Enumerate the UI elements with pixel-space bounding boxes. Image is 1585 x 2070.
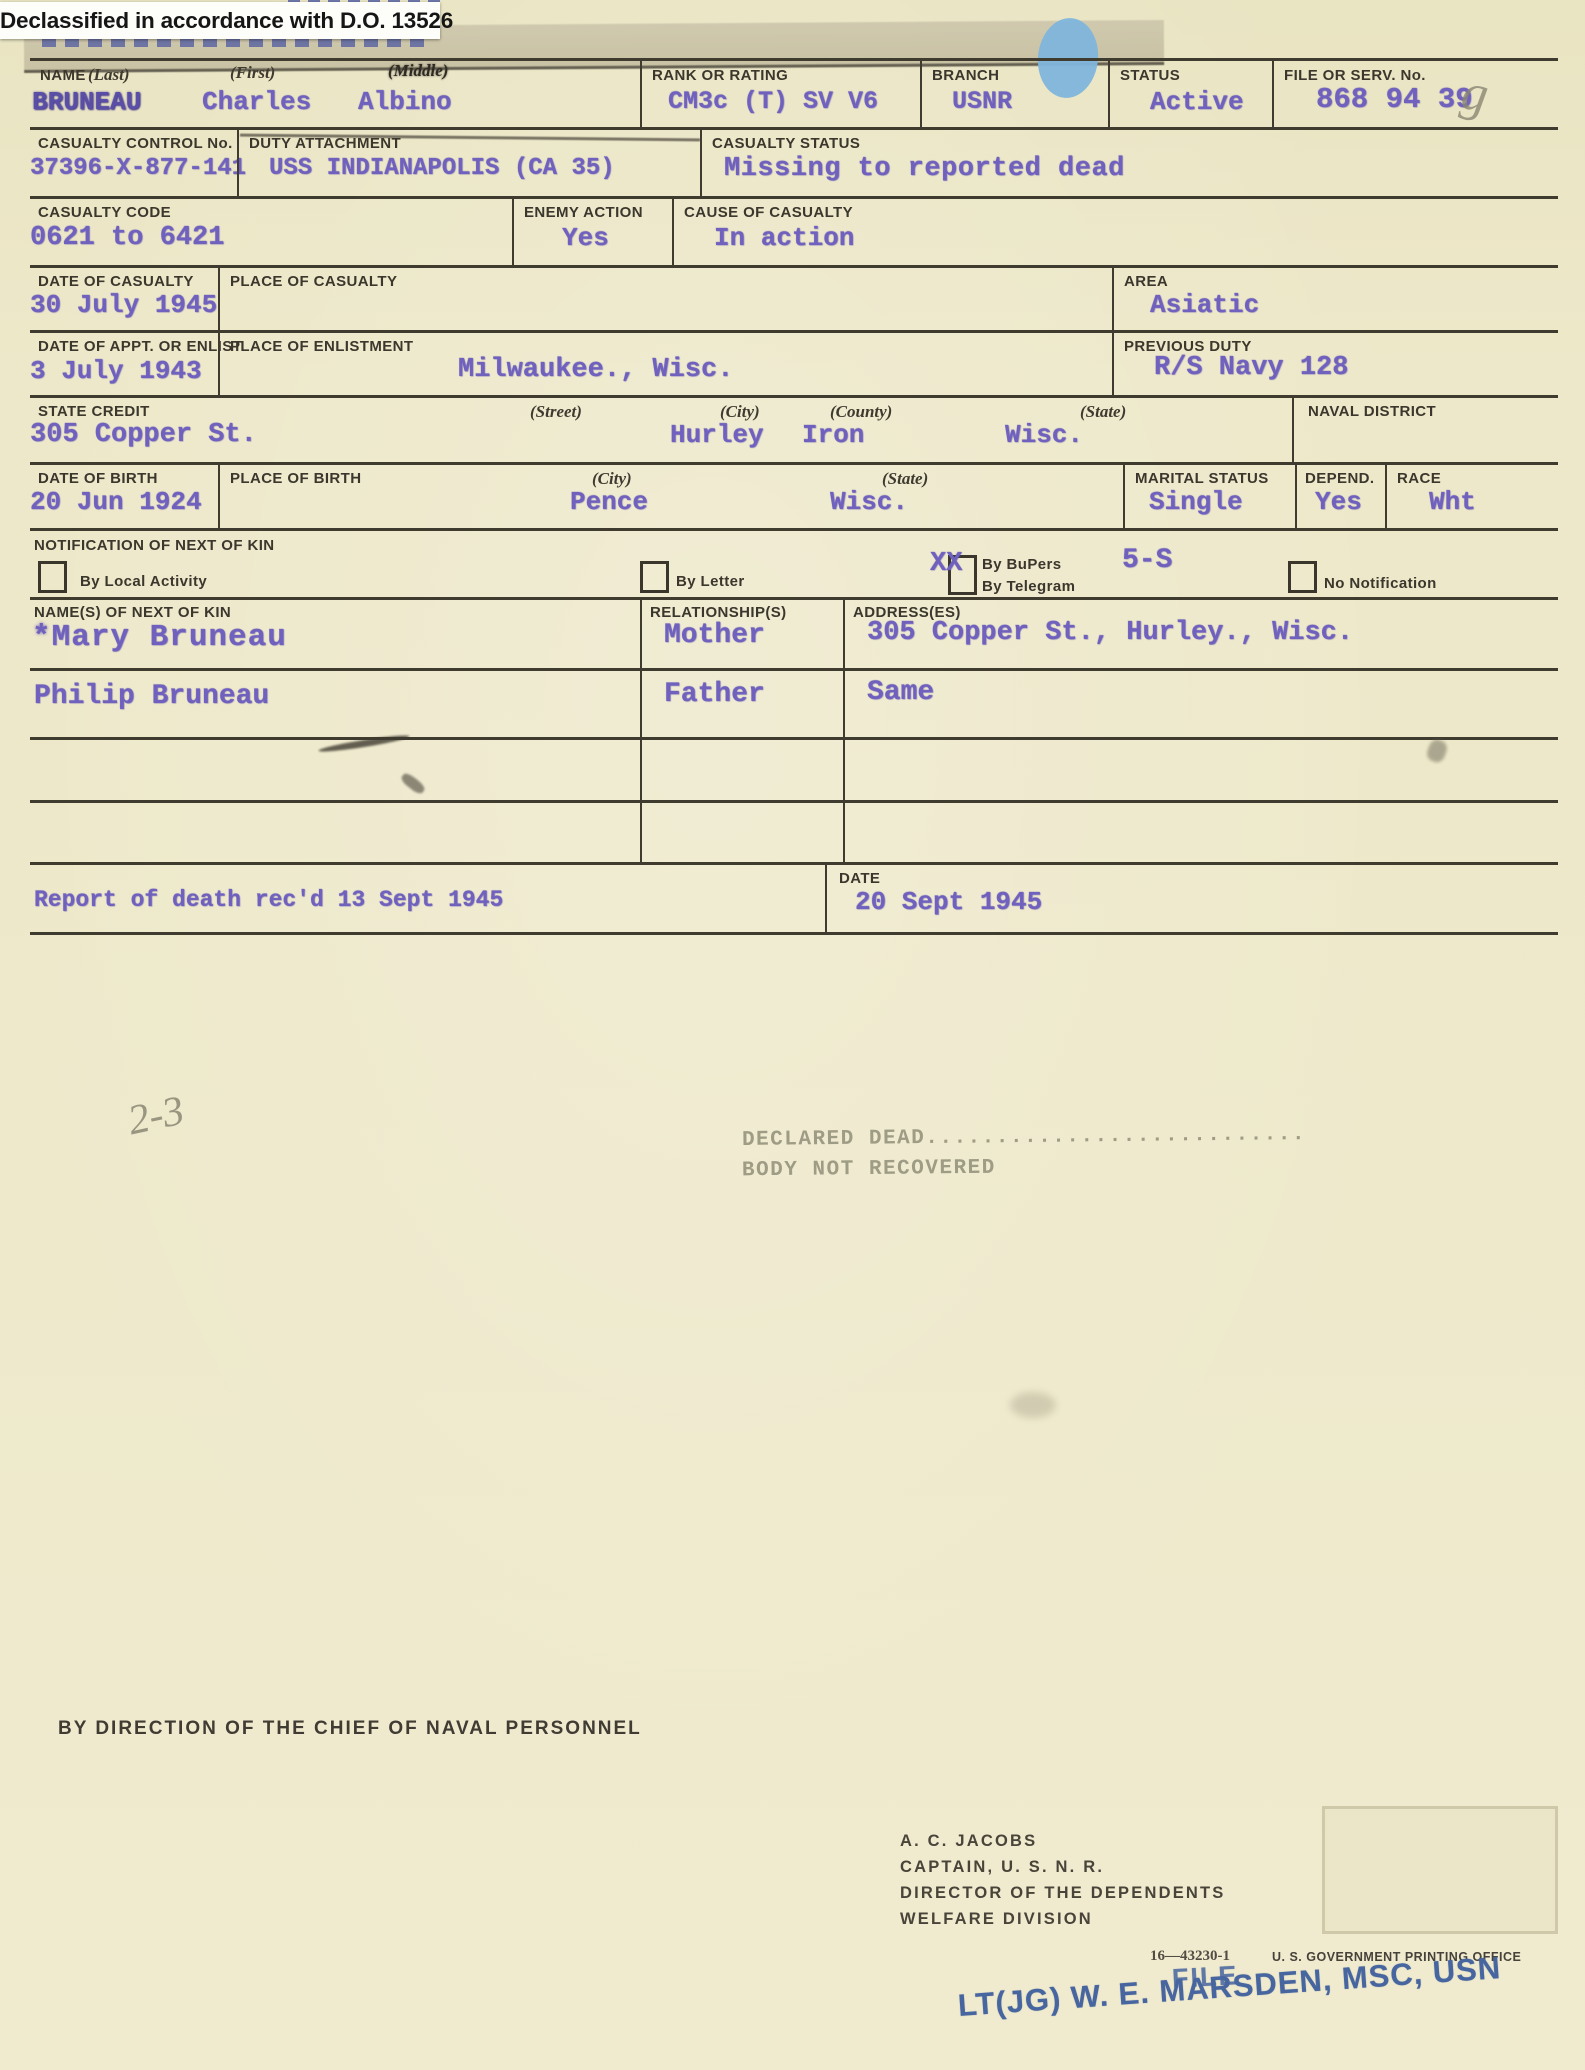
nok-name-header: NAME(S) OF NEXT OF KIN <box>34 604 231 621</box>
faint-stamp-box <box>1322 1806 1558 1934</box>
row-name: NAME (Last) (First) (Middle) BRUNEAU Cha… <box>30 58 1558 127</box>
nok-name-cell <box>30 803 640 862</box>
county-label: (County) <box>830 402 892 422</box>
field-enemy-action: ENEMY ACTION Yes <box>512 199 672 265</box>
birth-state-value: Wisc. <box>830 487 908 517</box>
report-cell: Report of death rec'd 13 Sept 1945 <box>30 865 825 932</box>
race-value: Wht <box>1429 487 1476 517</box>
field-casualty-status: CASUALTY STATUS Missing to reported dead <box>700 130 1558 196</box>
signature-block: A. C. JACOBS CAPTAIN, U. S. N. R. DIRECT… <box>900 1828 1226 1932</box>
name-middle-label: (Middle) <box>388 61 448 81</box>
enemy-action-value: Yes <box>562 223 609 253</box>
nok-name-2: Philip Bruneau <box>34 681 269 712</box>
field-rank: RANK OR RATING CM3c (T) SV V6 <box>640 61 920 127</box>
nok-address-cell: Same <box>843 671 1558 737</box>
by-direction-text: BY DIRECTION OF THE CHIEF OF NAVAL PERSO… <box>58 1718 642 1740</box>
row-nok-1: NAME(S) OF NEXT OF KIN *Mary Bruneau REL… <box>30 597 1558 668</box>
row-nok-3 <box>30 737 1558 800</box>
naval-district-label: NAVAL DISTRICT <box>1308 403 1436 420</box>
by-bupers-label: By BuPers <box>982 556 1061 573</box>
branch-label: BRANCH <box>932 67 999 84</box>
name-label: NAME <box>40 67 86 84</box>
field-depend: DEPEND. Yes <box>1295 465 1385 528</box>
row-notification: NOTIFICATION OF NEXT OF KIN By Local Act… <box>30 528 1558 597</box>
duty-attachment-value: USS INDIANAPOLIS (CA 35) <box>269 155 615 182</box>
field-state-credit: STATE CREDIT 305 Copper St. (Street) (Ci… <box>30 398 1292 462</box>
marital-label: MARITAL STATUS <box>1135 470 1269 487</box>
signature-name: A. C. JACOBS <box>900 1828 1226 1854</box>
nok-relationship-cell: RELATIONSHIP(S) Mother <box>640 600 843 668</box>
field-date-birth: DATE OF BIRTH 20 Jun 1924 <box>30 465 218 528</box>
row-state-credit: STATE CREDIT 305 Copper St. (Street) (Ci… <box>30 395 1558 462</box>
notification-annotation: 5-S <box>1122 545 1172 576</box>
state-value: Wisc. <box>1005 420 1083 450</box>
place-enlist-label: PLACE OF ENLISTMENT <box>230 338 413 355</box>
nok-relationship-1: Mother <box>664 620 765 651</box>
nok-name-cell: Philip Bruneau <box>30 671 640 737</box>
by-telegram-label: By Telegram <box>982 578 1075 595</box>
birth-city-value: Pence <box>570 487 648 517</box>
casualty-status-label: CASUALTY STATUS <box>712 135 860 152</box>
duty-attachment-label: DUTY ATTACHMENT <box>249 135 401 152</box>
place-birth-label: PLACE OF BIRTH <box>230 470 361 487</box>
status-label: STATUS <box>1120 67 1180 84</box>
file-no-value: 868 94 39 <box>1316 83 1473 116</box>
city-value: Hurley <box>670 420 764 450</box>
by-local-activity-label: By Local Activity <box>80 573 207 590</box>
casualty-control-value: 37396-X-877-141 <box>30 155 246 182</box>
depend-label: DEPEND. <box>1305 470 1374 487</box>
nok-address-cell: ADDRESS(ES) 305 Copper St., Hurley., Wis… <box>843 600 1558 668</box>
field-file-no: FILE OR SERV. No. 868 94 39 <box>1272 61 1558 127</box>
report-date-cell: DATE 20 Sept 1945 <box>825 865 1558 932</box>
by-letter-label: By Letter <box>676 573 745 590</box>
field-naval-district: NAVAL DISTRICT <box>1292 398 1558 462</box>
field-place-enlist: PLACE OF ENLISTMENT Milwaukee., Wisc. <box>218 333 1112 395</box>
county-value: Iron <box>802 420 864 450</box>
casualty-code-label: CASUALTY CODE <box>38 204 171 221</box>
nok-relationship-2: Father <box>664 679 765 710</box>
cause-label: CAUSE OF CASUALTY <box>684 204 853 221</box>
row-casualty-code: CASUALTY CODE 0621 to 6421 ENEMY ACTION … <box>30 196 1558 265</box>
field-duty-attachment: DUTY ATTACHMENT USS INDIANAPOLIS (CA 35) <box>237 130 700 196</box>
street-label: (Street) <box>530 402 582 422</box>
field-race: RACE Wht <box>1385 465 1558 528</box>
field-place-casualty: PLACE OF CASUALTY <box>218 268 1112 330</box>
report-date-label: DATE <box>839 870 880 887</box>
casualty-control-label: CASUALTY CONTROL No. <box>38 135 233 152</box>
nok-relationship-header: RELATIONSHIP(S) <box>650 604 787 621</box>
declared-dead-stamp: DECLARED DEAD........................... <box>742 1123 1306 1152</box>
row-report: Report of death rec'd 13 Sept 1945 DATE … <box>30 862 1558 935</box>
depend-value: Yes <box>1315 487 1362 517</box>
state-credit-value: 305 Copper St. <box>30 420 257 450</box>
bupers-checkbox-mark: XX <box>930 549 962 579</box>
race-label: RACE <box>1397 470 1441 487</box>
area-label: AREA <box>1124 273 1168 290</box>
report-text: Report of death rec'd 13 Sept 1945 <box>34 887 503 913</box>
birth-state-label: (State) <box>882 469 928 489</box>
status-value: Active <box>1150 87 1244 117</box>
nok-mark-1: * <box>32 620 52 655</box>
signature-title-2: WELFARE DIVISION <box>900 1906 1226 1932</box>
nok-address-2: Same <box>867 677 934 708</box>
previous-duty-value: R/S Navy 128 <box>1154 353 1348 383</box>
body-not-recovered-stamp: BODY NOT RECOVERED <box>742 1157 996 1183</box>
obscured-print-fragment <box>42 39 432 47</box>
nok-address-cell <box>843 740 1558 800</box>
casualty-status-value: Missing to reported dead <box>724 154 1125 184</box>
date-birth-value: 20 Jun 1924 <box>30 487 202 517</box>
rank-value: CM3c (T) SV V6 <box>668 87 878 116</box>
row-date-casualty: DATE OF CASUALTY 30 July 1945 PLACE OF C… <box>30 265 1558 330</box>
field-place-birth: PLACE OF BIRTH (City) Pence (State) Wisc… <box>218 465 1123 528</box>
checkbox-no-notification <box>1288 561 1317 593</box>
name-last-label: (Last) <box>88 65 130 85</box>
city-label: (City) <box>720 402 760 422</box>
date-enlist-label: DATE OF APPT. OR ENLIST. <box>38 338 245 355</box>
name-first-label: (First) <box>230 63 275 83</box>
declassified-sticker: Declassified in accordance with D.O. 135… <box>0 2 440 39</box>
declassified-text: Declassified in accordance with D.O. 135… <box>0 8 453 34</box>
cause-value: In action <box>714 223 854 253</box>
date-casualty-label: DATE OF CASUALTY <box>38 273 194 290</box>
field-date-casualty: DATE OF CASUALTY 30 July 1945 <box>30 268 218 330</box>
place-casualty-label: PLACE OF CASUALTY <box>230 273 397 290</box>
field-branch: BRANCH USNR <box>920 61 1108 127</box>
stain <box>1010 1392 1056 1418</box>
row-enlistment: DATE OF APPT. OR ENLIST. 3 July 1943 PLA… <box>30 330 1558 395</box>
date-enlist-value: 3 July 1943 <box>30 356 202 386</box>
field-status: STATUS Active <box>1108 61 1272 127</box>
place-enlist-value: Milwaukee., Wisc. <box>458 355 733 385</box>
rank-label: RANK OR RATING <box>652 67 788 84</box>
field-date-enlist: DATE OF APPT. OR ENLIST. 3 July 1943 <box>30 333 218 395</box>
state-label: (State) <box>1080 402 1126 422</box>
nok-name-cell: NAME(S) OF NEXT OF KIN *Mary Bruneau <box>30 600 640 668</box>
checkbox-by-letter <box>640 561 669 593</box>
enemy-action-label: ENEMY ACTION <box>524 204 643 221</box>
report-date-value: 20 Sept 1945 <box>855 887 1042 917</box>
nok-address-cell <box>843 803 1558 862</box>
state-credit-label: STATE CREDIT <box>38 403 150 420</box>
nok-relationship-cell: Father <box>640 671 843 737</box>
field-casualty-control: CASUALTY CONTROL No. 37396-X-877-141 <box>30 130 237 196</box>
signature-title-1: DIRECTOR OF THE DEPENDENTS <box>900 1880 1226 1906</box>
nok-relationship-cell <box>640 740 843 800</box>
checkbox-by-local-activity <box>38 561 67 593</box>
name-middle-value: Albino <box>358 87 452 117</box>
row-nok-2: Philip Bruneau Father Same <box>30 668 1558 737</box>
field-marital: MARITAL STATUS Single <box>1123 465 1295 528</box>
pencil-note: 2-3 <box>124 1087 189 1146</box>
file-no-label: FILE OR SERV. No. <box>1284 67 1426 84</box>
field-casualty-code: CASUALTY CODE 0621 to 6421 <box>30 199 512 265</box>
row-birth: DATE OF BIRTH 20 Jun 1924 PLACE OF BIRTH… <box>30 462 1558 528</box>
no-notification-label: No Notification <box>1324 575 1437 592</box>
field-area: AREA Asiatic <box>1112 268 1558 330</box>
name-first-value: Charles <box>202 87 311 117</box>
scanned-paper-background: Declassified in accordance with D.O. 135… <box>0 0 1585 2070</box>
casualty-code-value: 0621 to 6421 <box>30 223 224 253</box>
nok-address-1: 305 Copper St., Hurley., Wisc. <box>867 618 1353 648</box>
branch-value: USNR <box>952 87 1012 116</box>
nok-name-1: *Mary Bruneau <box>32 620 287 655</box>
field-name: NAME (Last) (First) (Middle) BRUNEAU Cha… <box>30 61 640 127</box>
field-cause: CAUSE OF CASUALTY In action <box>672 199 1558 265</box>
marital-value: Single <box>1149 487 1243 517</box>
birth-city-label: (City) <box>592 469 632 489</box>
date-casualty-value: 30 July 1945 <box>30 290 217 320</box>
date-birth-label: DATE OF BIRTH <box>38 470 158 487</box>
row-nok-4 <box>30 800 1558 862</box>
row-control: CASUALTY CONTROL No. 37396-X-877-141 DUT… <box>30 127 1558 196</box>
name-last-value: BRUNEAU <box>32 87 141 117</box>
signature-rank: CAPTAIN, U. S. N. R. <box>900 1854 1226 1880</box>
notification-label: NOTIFICATION OF NEXT OF KIN <box>34 537 275 554</box>
nok-relationship-cell <box>640 803 843 862</box>
field-previous-duty: PREVIOUS DUTY R/S Navy 128 <box>1112 333 1558 395</box>
area-value: Asiatic <box>1150 290 1259 320</box>
